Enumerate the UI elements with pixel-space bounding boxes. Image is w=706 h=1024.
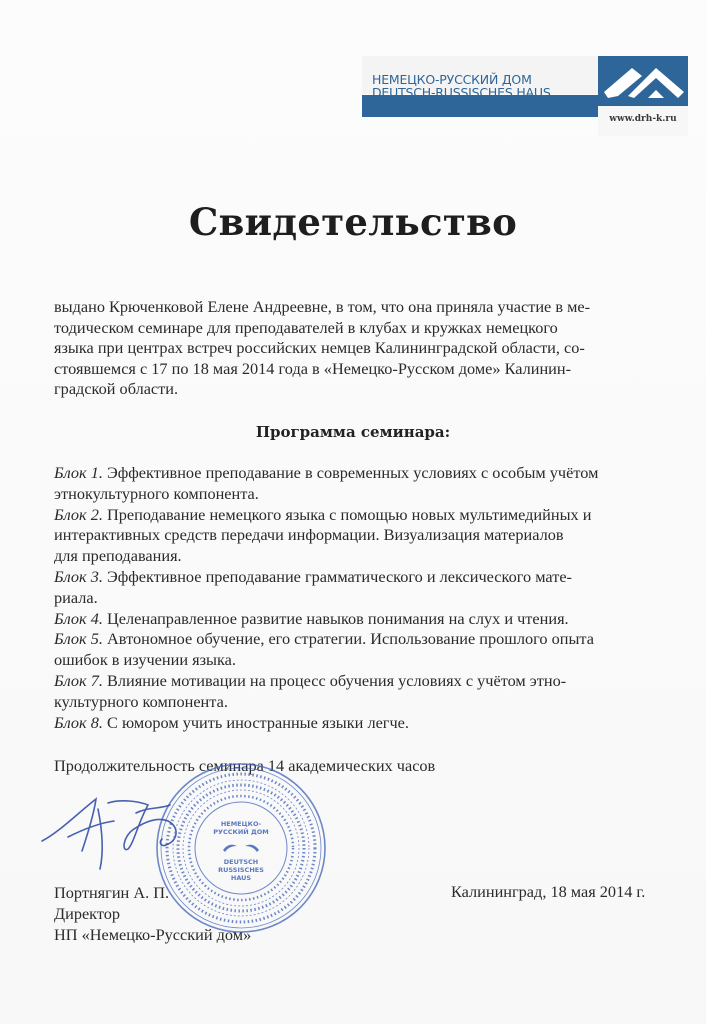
block-text: для преподавания. (54, 546, 688, 567)
logo-text: НЕМЕЦКО-РУССКИЙ ДОМ DEUTSCH-RUSSISCHES H… (372, 73, 551, 99)
program-block-1: Блок 1. Эффективное преподавание в совре… (54, 463, 688, 505)
block-label: Блок 2. (54, 505, 103, 524)
signer-block: Портнягин А. П. Директор НП «Немецко-Рус… (54, 882, 251, 945)
block-label: Блок 3. (54, 567, 103, 586)
block-label: Блок 7. (54, 671, 103, 690)
block-text: Преподавание немецкого языка с помощью н… (107, 505, 591, 524)
program-block-4: Блок 4. Целенаправленное развитие навыко… (54, 609, 688, 630)
handwritten-signature (38, 793, 208, 873)
block-label: Блок 5. (54, 629, 103, 648)
block-label: Блок 8. (54, 713, 103, 732)
svg-text:DEUTSCH: DEUTSCH (224, 858, 258, 866)
block-text: Эффективное преподавание в современных у… (107, 463, 598, 482)
block-label: Блок 1. (54, 463, 103, 482)
block-text: Целенаправленное развитие навыков понима… (107, 609, 569, 628)
program-block-3: Блок 3. Эффективное преподавание граммат… (54, 567, 688, 609)
intro-line: стоявшемся с 17 по 18 мая 2014 года в «Н… (54, 359, 688, 380)
block-text: этнокультурного компонента. (54, 484, 688, 505)
svg-text:РУССКИЙ ДОМ: РУССКИЙ ДОМ (213, 827, 269, 836)
block-text: Автономное обучение, его стратегии. Испо… (107, 629, 594, 648)
logo-url: www.drh-k.ru (598, 114, 688, 124)
signer-name: Портнягин А. П. (54, 882, 251, 903)
document-title: Свидетельство (0, 200, 706, 244)
program-block-2: Блок 2. Преподавание немецкого языка с п… (54, 505, 688, 567)
house-roof-icon (598, 56, 688, 106)
svg-text:HAUS: HAUS (231, 874, 252, 882)
intro-line: языка при центрах встреч российских немц… (54, 338, 688, 359)
program-block-7: Блок 7. Влияние мотивации на процесс обу… (54, 671, 688, 713)
intro-line: градской области. (54, 379, 688, 400)
signer-position: Директор (54, 903, 251, 924)
program-block-8: Блок 8. С юмором учить иностранные языки… (54, 713, 688, 734)
svg-text:НЕМЕЦКО-: НЕМЕЦКО- (221, 820, 262, 828)
signer-organization: НП «Немецко-Русский дом» (54, 924, 251, 945)
certificate-page: НЕМЕЦКО-РУССКИЙ ДОМ DEUTSCH-RUSSISCHES H… (0, 0, 706, 1024)
block-text: Влияние мотивации на процесс обучения ус… (107, 671, 566, 690)
block-text: риала. (54, 588, 688, 609)
program-block-5: Блок 5. Автономное обучение, его стратег… (54, 629, 688, 671)
logo-url-box: www.drh-k.ru (598, 106, 688, 136)
block-text: культурного компонента. (54, 692, 688, 713)
block-text: интерактивных средств передачи информаци… (54, 525, 688, 546)
block-text: ошибок в изучении языка. (54, 650, 688, 671)
organization-logo: НЕМЕЦКО-РУССКИЙ ДОМ DEUTSCH-RUSSISCHES H… (362, 56, 688, 136)
place-and-date: Калининград, 18 мая 2014 г. (451, 882, 645, 902)
program-list: Блок 1. Эффективное преподавание в совре… (54, 463, 688, 733)
block-text: Эффективное преподавание грамматического… (107, 567, 572, 586)
svg-text:RUSSISCHES: RUSSISCHES (218, 866, 264, 874)
intro-line: выдано Крюченковой Елене Андреевне, в то… (54, 297, 688, 318)
logo-line-de: DEUTSCH-RUSSISCHES HAUS (372, 86, 551, 99)
block-text: С юмором учить иностранные языки легче. (107, 713, 409, 732)
program-heading: Программа семинара: (0, 423, 706, 441)
intro-paragraph: выдано Крюченковой Елене Андреевне, в то… (54, 297, 688, 400)
block-label: Блок 4. (54, 609, 103, 628)
intro-line: тодическом семинаре для преподавателей в… (54, 318, 688, 339)
